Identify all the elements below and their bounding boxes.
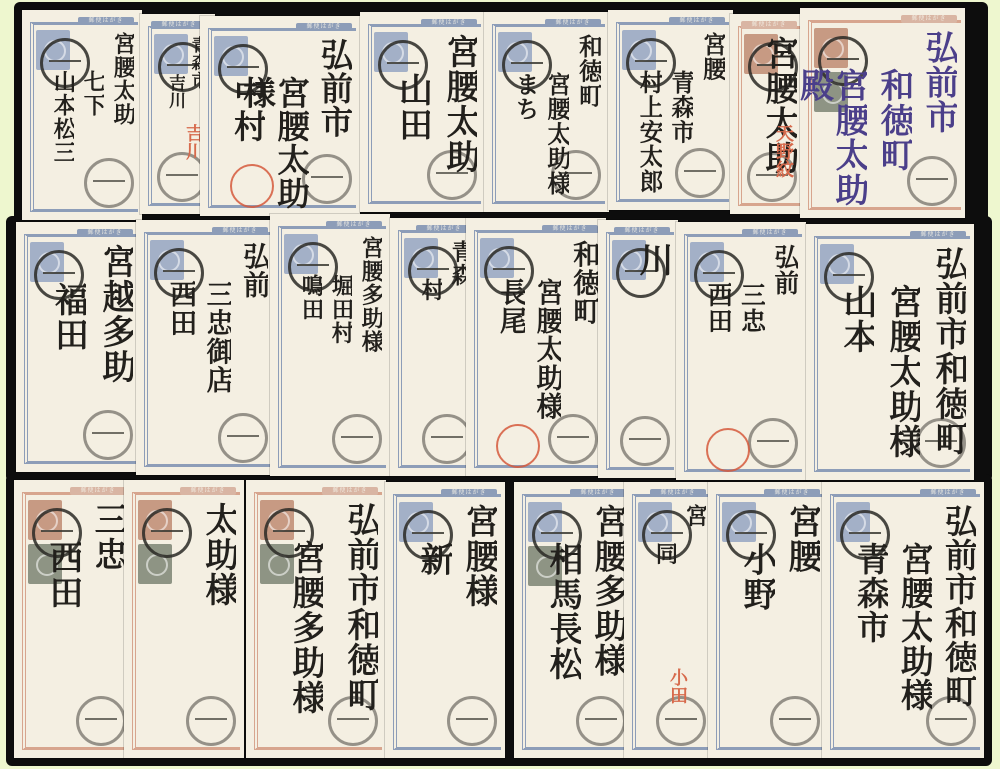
- postmark-icon: [83, 410, 133, 460]
- handwritten-address: 新: [417, 542, 452, 577]
- card-header: 郵便はがき: [669, 17, 725, 25]
- postcard: 郵便はがき宮腰青森市村上安太郎: [608, 10, 733, 210]
- handwritten-address: 小野: [740, 542, 775, 612]
- card-header: 郵便はがき: [77, 229, 133, 237]
- handwritten-address: 弘前市: [318, 38, 352, 139]
- handwritten-address: 山本松三: [50, 70, 74, 164]
- postmark-icon: [302, 154, 352, 204]
- postmark-icon: [84, 158, 134, 208]
- handwritten-address: 宮腰太助様: [532, 278, 561, 421]
- postmark-icon: [748, 418, 798, 468]
- card-header: 郵便はがき: [545, 19, 601, 27]
- handwritten-address: 宮腰太助殿: [800, 68, 867, 218]
- red-seal-icon: [706, 428, 750, 472]
- handwritten-address: まち: [513, 72, 538, 122]
- handwritten-address: 宮越多助: [97, 244, 133, 384]
- handwritten-address: 弘前: [772, 244, 798, 296]
- sender-red-print: 小田: [664, 668, 690, 704]
- handwritten-address: 村上安太郎: [637, 70, 662, 194]
- handwritten-address: 弘前市和徳町: [342, 502, 378, 712]
- postmark-icon: [422, 414, 472, 464]
- handwritten-address: 山本: [838, 284, 874, 354]
- card-header: 郵便はがき: [421, 19, 477, 27]
- card-header: 郵便はがき: [650, 489, 706, 497]
- postcard: 郵便はがき弘前市和徳町宮腰太助様青森市: [822, 482, 984, 758]
- handwritten-address: 弘前市: [922, 30, 957, 134]
- postcard: 郵便はがき和徳町宮腰太助様長尾: [466, 218, 606, 476]
- card-header: 郵便はがき: [416, 225, 472, 233]
- postmark-icon: [620, 416, 670, 466]
- card-header: 郵便はがき: [441, 489, 497, 497]
- handwritten-address: 堀田村: [328, 274, 352, 345]
- handwritten-address: 吉川: [167, 74, 185, 110]
- handwritten-address: 宮腰太助: [110, 32, 134, 126]
- card-header: 郵便はがき: [741, 21, 797, 29]
- handwritten-address: 三忠: [738, 282, 764, 334]
- postcard: 郵便はがき宮同小田: [624, 482, 714, 758]
- card-header: 郵便はがき: [910, 231, 966, 239]
- card-header: 郵便はがき: [151, 21, 207, 29]
- handwritten-address: 宮腰: [785, 504, 820, 574]
- postcard: 郵便はがき宮腰様新: [385, 482, 505, 758]
- card-header: 郵便はがき: [764, 489, 820, 497]
- handwritten-address: 弘前: [239, 242, 268, 299]
- postmark-icon: [576, 696, 626, 746]
- card-header: 郵便はがき: [614, 227, 670, 235]
- handwritten-address: 相馬長松: [546, 542, 581, 681]
- card-header: 郵便はがき: [326, 221, 382, 229]
- postcard: 郵便はがき宮腰多助様堀田村鳴田: [270, 214, 390, 476]
- card-header: 郵便はがき: [180, 487, 236, 495]
- handwritten-address: 弘前市和徳町: [941, 504, 976, 708]
- postmark-icon: [770, 696, 820, 746]
- handwritten-address: 西田: [705, 282, 731, 334]
- card-header: 郵便はがき: [78, 17, 134, 25]
- postcard: 郵便はがき宮腰多助様相馬長松: [514, 482, 634, 758]
- postcard: 郵便はがき三忠西田: [14, 480, 134, 758]
- postcard: 郵便はがき弘前市和徳町宮腰多助様: [246, 480, 386, 758]
- sender-red-print: 天野紋: [770, 124, 796, 178]
- card-header: 郵便はがき: [70, 487, 126, 495]
- handwritten-address: 三忠御店: [202, 280, 231, 394]
- card-header: 郵便はがき: [901, 15, 957, 23]
- handwritten-address: 弘前市和徳町: [930, 246, 966, 456]
- red-seal-icon: [496, 424, 540, 468]
- card-header: 郵便はがき: [742, 229, 798, 237]
- handwritten-address: 宮: [682, 504, 706, 528]
- postcard: 郵便はがき和徳町宮腰太助様まち: [484, 12, 609, 212]
- postcard: 郵便はがき弘前市宮腰太助様中村: [200, 16, 360, 216]
- handwritten-address: 村: [418, 278, 442, 302]
- handwritten-address: 鳴田: [298, 274, 322, 321]
- handwritten-address: 宮腰様: [462, 504, 497, 608]
- handwritten-address: 宮腰: [700, 32, 725, 82]
- handwritten-address: 青森市: [668, 70, 693, 144]
- handwritten-address: 宮腰多助様: [358, 236, 382, 354]
- handwritten-address: 宮腰多助様: [287, 540, 323, 715]
- postmark-icon: [186, 696, 236, 746]
- card-header: 郵便はがき: [920, 489, 976, 497]
- postcard: 郵便はがき宮腰太助山田: [360, 12, 485, 212]
- card-header: 郵便はがき: [322, 487, 378, 495]
- handwritten-address: 宮腰多助様: [591, 504, 626, 678]
- handwritten-address: 西田: [166, 280, 195, 337]
- postcard: 郵便はがき弘前市和徳町宮腰太助様山本: [806, 224, 974, 480]
- postcard: 郵便はがき川: [598, 220, 678, 478]
- handwritten-address: 宮腰太助様: [884, 284, 920, 459]
- handwritten-address: 福田: [50, 282, 86, 352]
- handwritten-address: 宮腰太助様: [544, 72, 569, 196]
- postcard: 郵便はがき宮腰太助天野紋: [730, 14, 805, 214]
- postmark-icon: [218, 413, 268, 463]
- postmark-icon: [907, 156, 957, 206]
- postcard: 郵便はがき太助様: [124, 480, 244, 758]
- handwritten-address: 中村: [231, 76, 265, 143]
- postmark-icon: [447, 696, 497, 746]
- handwritten-address: 同: [652, 542, 676, 566]
- handwritten-address: 和徳町: [877, 68, 912, 172]
- handwritten-address: 西田: [46, 540, 81, 610]
- red-seal-icon: [230, 164, 274, 208]
- card-header: 郵便はがき: [212, 227, 268, 235]
- handwritten-address: 川: [634, 242, 670, 277]
- postmark-icon: [548, 414, 598, 464]
- handwritten-address: 太助様: [200, 502, 236, 607]
- handwritten-address: 七下: [80, 70, 104, 117]
- card-header: 郵便はがき: [296, 23, 352, 31]
- postmark-icon: [675, 148, 725, 198]
- handwritten-address: 宮腰太助: [441, 34, 477, 174]
- postmark-icon: [142, 508, 192, 558]
- postmark-icon: [332, 414, 382, 464]
- handwritten-address: 三忠: [91, 502, 126, 572]
- postcard: 郵便はがき弘前市和徳町宮腰太助殿: [800, 8, 965, 218]
- handwritten-address: 和徳町: [569, 240, 598, 326]
- postcard: 郵便はがき宮越多助福田: [16, 222, 141, 472]
- postcard: 郵便はがき弘前三忠御店西田: [136, 220, 276, 475]
- card-header: 郵便はがき: [542, 225, 598, 233]
- postcard: 郵便はがき宮腰小野: [708, 482, 828, 758]
- card-header: 郵便はがき: [570, 489, 626, 497]
- postmark-icon: [76, 696, 126, 746]
- handwritten-address: 宮腰太助様: [897, 542, 932, 712]
- handwritten-address: 山田: [394, 72, 430, 142]
- handwritten-address: 長尾: [496, 278, 525, 335]
- handwritten-address: 青森市: [853, 542, 888, 644]
- handwritten-address: 和徳町: [576, 34, 601, 108]
- postcard: 郵便はがき宮腰太助七下山本松三: [22, 10, 142, 220]
- postcard: 郵便はがき弘前三忠西田: [676, 222, 806, 480]
